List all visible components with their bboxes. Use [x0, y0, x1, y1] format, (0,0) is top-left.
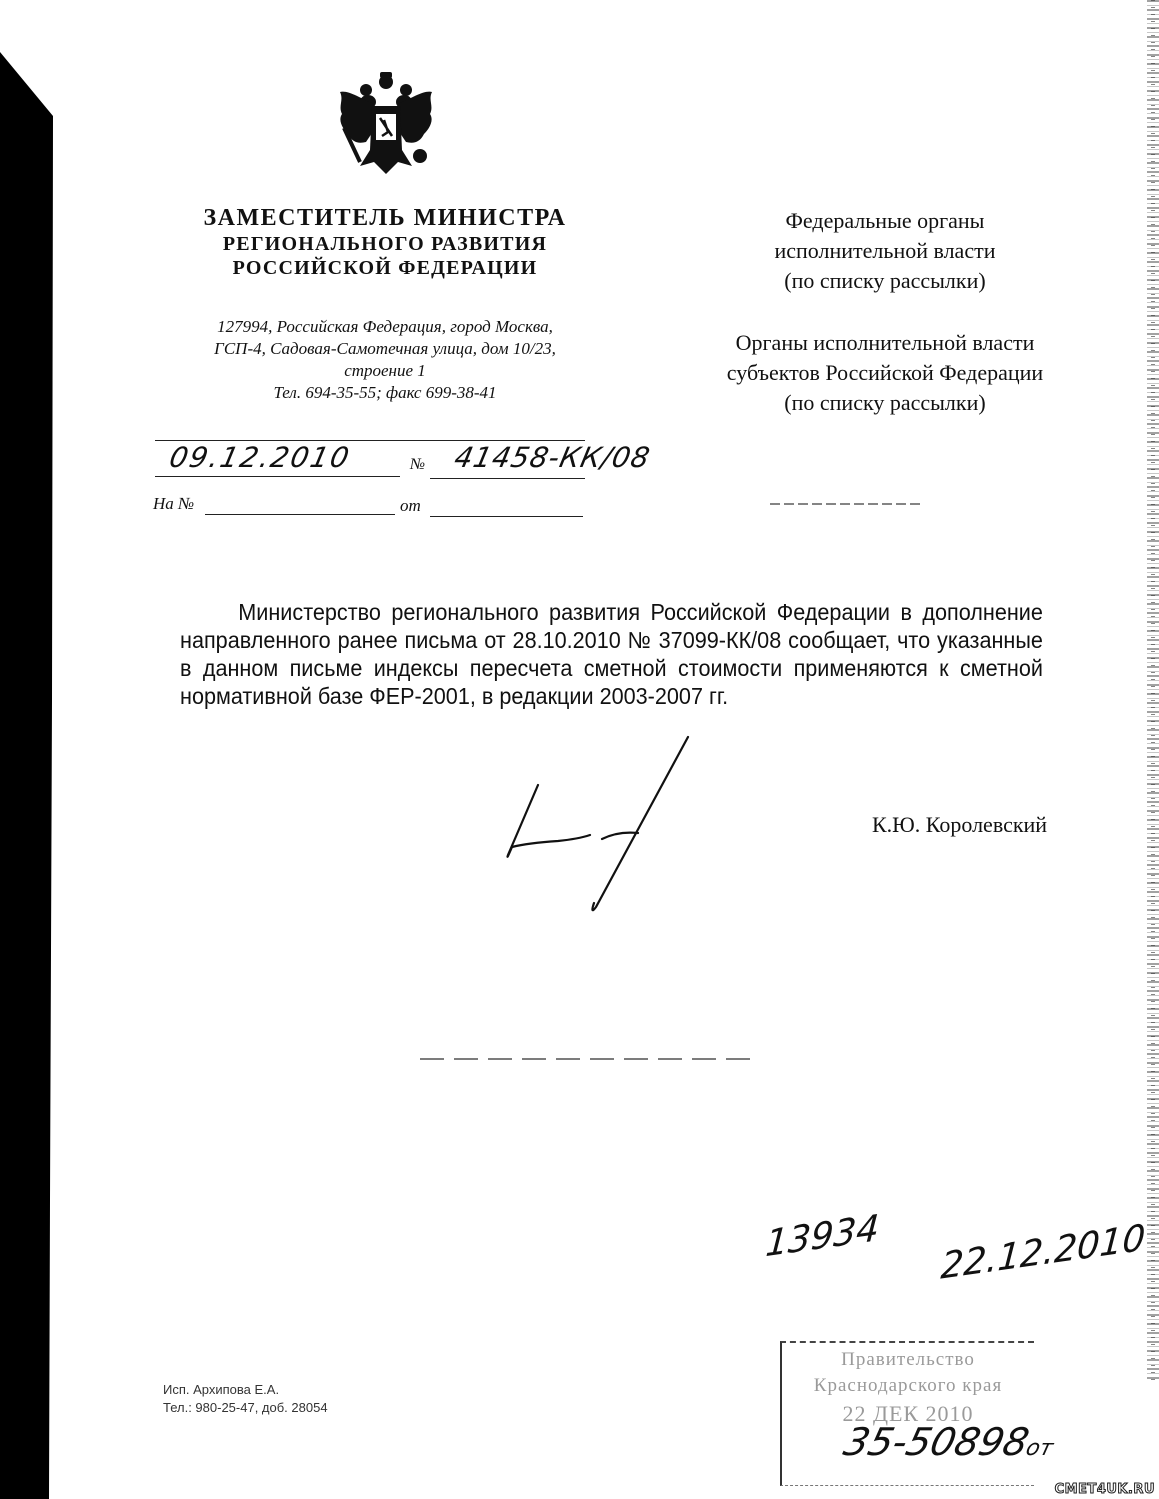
received-stamp: Правительство Краснодарского края 22 ДЕК…	[780, 1341, 1034, 1486]
recipient-line: исполнительной власти	[720, 236, 1050, 266]
org-title-line: ЗАМЕСТИТЕЛЬ МИНИСТРА	[150, 205, 620, 231]
recipient-line: Федеральные органы	[720, 206, 1050, 236]
recipient-line: субъектов Российской Федерации	[720, 358, 1050, 388]
reference-date-label: от	[400, 496, 421, 516]
address-line: Тел. 694-35-55; факс 699-38-41	[150, 382, 620, 404]
incoming-registration-date: 22.12.2010	[940, 1217, 1147, 1288]
body-paragraph: Министерство регионального развития Росс…	[180, 598, 1043, 710]
recipient-line: (по списку рассылки)	[720, 266, 1050, 296]
recipient-line: (по списку рассылки)	[720, 388, 1050, 418]
signature	[498, 735, 698, 915]
stamp-number: 35-50898	[840, 1420, 1034, 1464]
stamp-number-suffix: от	[1023, 1436, 1056, 1461]
scan-black-edge	[0, 0, 60, 1499]
letter-body: Министерство регионального развития Росс…	[180, 598, 1043, 710]
org-title: ЗАМЕСТИТЕЛЬ МИНИСТРА РЕГИОНАЛЬНОГО РАЗВИ…	[150, 205, 620, 279]
russian-coat-of-arms-icon	[330, 70, 442, 182]
org-title-line: РОССИЙСКОЙ ФЕДЕРАЦИИ	[150, 257, 620, 279]
org-title-line: РЕГИОНАЛЬНОГО РАЗВИТИЯ	[150, 233, 620, 255]
executor-phone: Тел.: 980-25-47, доб. 28054	[163, 1399, 328, 1417]
recipient-line: Органы исполнительной власти	[720, 328, 1050, 358]
registration-number-label: №	[410, 456, 425, 474]
executor-name: Исп. Архипова Е.А.	[163, 1381, 328, 1399]
stamp-line: Краснодарского края	[782, 1375, 1034, 1397]
scan-smudge	[420, 1058, 750, 1060]
address-line: 127994, Российская Федерация, город Моск…	[150, 316, 620, 338]
incoming-registration-number: 13934	[764, 1208, 880, 1266]
recipient-block: Федеральные органы исполнительной власти…	[720, 206, 1050, 296]
org-address: 127994, Российская Федерация, город Моск…	[150, 316, 620, 404]
signatory-name: К.Ю. Королевский	[872, 812, 1047, 838]
address-line: ГСП-4, Садовая-Самотечная улица, дом 10/…	[150, 338, 620, 360]
ref-number-underline	[205, 514, 395, 515]
scan-smudge	[770, 503, 920, 505]
registration-date: 09.12.2010	[166, 441, 353, 474]
executor-info: Исп. Архипова Е.А. Тел.: 980-25-47, доб.…	[163, 1381, 328, 1417]
reference-number-label: На №	[153, 494, 194, 514]
scan-edge-dots	[1151, 0, 1155, 1380]
stamp-registration-number: 35-50898от	[840, 1420, 1060, 1464]
address-line: строение 1	[150, 360, 620, 382]
watermark: СМЕТ4UK.RU	[1055, 1482, 1155, 1497]
recipient-block: Органы исполнительной власти субъектов Р…	[720, 328, 1050, 418]
stamp-line: Правительство	[782, 1349, 1034, 1371]
registration-number: 41458-КК/08	[451, 441, 653, 474]
number-underline	[430, 478, 585, 479]
ref-date-underline	[430, 516, 583, 517]
date-underline	[155, 476, 400, 477]
